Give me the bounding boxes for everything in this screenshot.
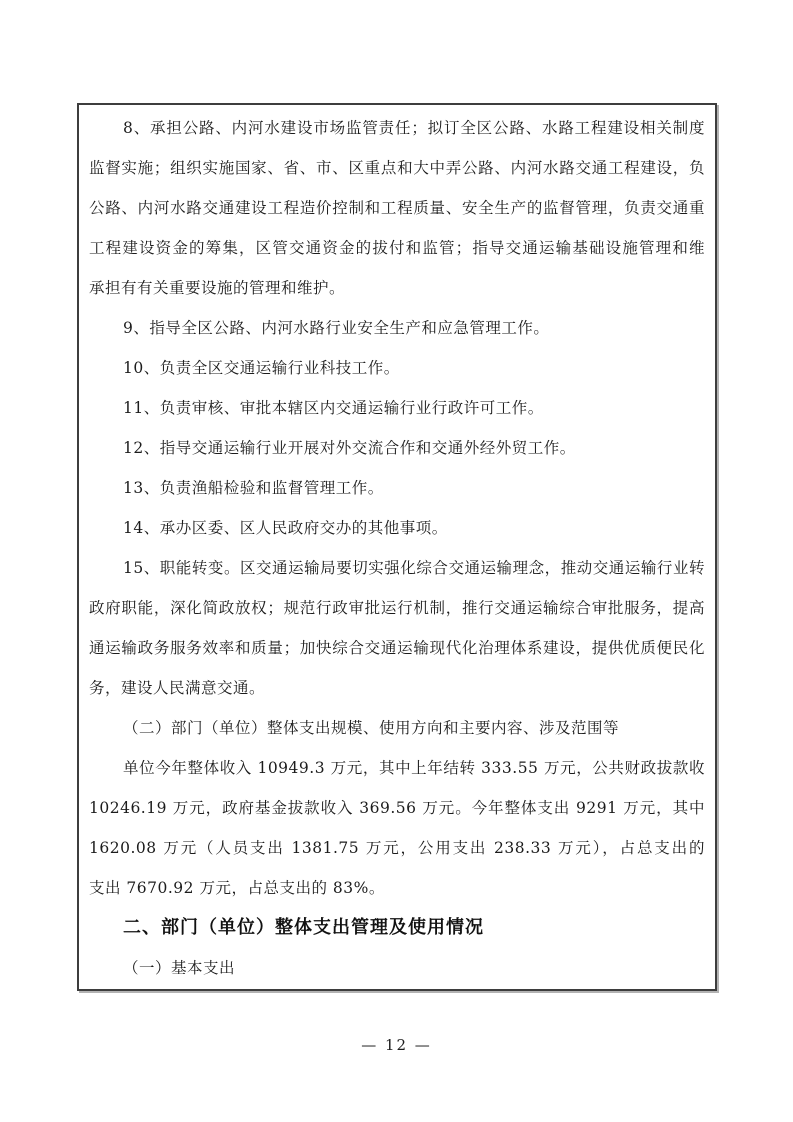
document-line: 承担有有关重要设施的管理和维护。	[89, 268, 705, 308]
document-line: 支出 7670.92 万元，占总支出的 83%。	[89, 868, 705, 908]
document-line: 14、承办区委、区人民政府交办的其他事项。	[89, 508, 705, 548]
document-line: 通运输政务服务效率和质量；加快综合交通运输现代化治理体系建设，提供优质便民化服	[89, 628, 705, 668]
page-number: — 12 —	[0, 1036, 793, 1054]
document-line: 12、指导交通运输行业开展对外交流合作和交通外经外贸工作。	[89, 428, 705, 468]
document-content: 8、承担公路、内河水建设市场监管责任；拟订全区公路、水路工程建设相关制度并监督实…	[89, 108, 705, 988]
document-line: 政府职能，深化简政放权；规范行政审批运行机制，推行交通运输综合审批服务，提高交	[89, 588, 705, 628]
document-page: 8、承担公路、内河水建设市场监管责任；拟订全区公路、水路工程建设相关制度并监督实…	[0, 0, 793, 1122]
document-line: 9、指导全区公路、内河水路行业安全生产和应急管理工作。	[89, 308, 705, 348]
document-line: 10、负责全区交通运输行业科技工作。	[89, 348, 705, 388]
document-line: （二）部门（单位）整体支出规模、使用方向和主要内容、涉及范围等	[89, 708, 705, 748]
document-line: 单位今年整体收入 10949.3 万元，其中上年结转 333.55 万元，公共财…	[89, 748, 705, 788]
document-line: 11、负责审核、审批本辖区内交通运输行业行政许可工作。	[89, 388, 705, 428]
document-line: 13、负责渔船检验和监督管理工作。	[89, 468, 705, 508]
document-line: （一）基本支出	[89, 948, 705, 988]
section-heading: 二、部门（单位）整体支出管理及使用情况	[89, 908, 705, 948]
document-body-frame: 8、承担公路、内河水建设市场监管责任；拟订全区公路、水路工程建设相关制度并监督实…	[77, 103, 717, 991]
document-line: 15、职能转变。区交通运输局要切实强化综合交通运输理念，推动交通运输行业转变	[89, 548, 705, 588]
document-line: 公路、内河水路交通建设工程造价控制和工程质量、安全生产的监督管理，负责交通重点	[89, 188, 705, 228]
document-line: 8、承担公路、内河水建设市场监管责任；拟订全区公路、水路工程建设相关制度并	[89, 108, 705, 148]
document-line: 务，建设人民满意交通。	[89, 668, 705, 708]
document-line: 1620.08 万元（人员支出 1381.75 万元，公用支出 238.33 万…	[89, 828, 705, 868]
document-line: 10246.19 万元，政府基金拔款收入 369.56 万元。今年整体支出 92…	[89, 788, 705, 828]
document-line: 工程建设资金的筹集，区管交通资金的拔付和监管；指导交通运输基础设施管理和维护，	[89, 228, 705, 268]
document-line: 监督实施；组织实施国家、省、市、区重点和大中弄公路、内河水路交通工程建设，负责	[89, 148, 705, 188]
